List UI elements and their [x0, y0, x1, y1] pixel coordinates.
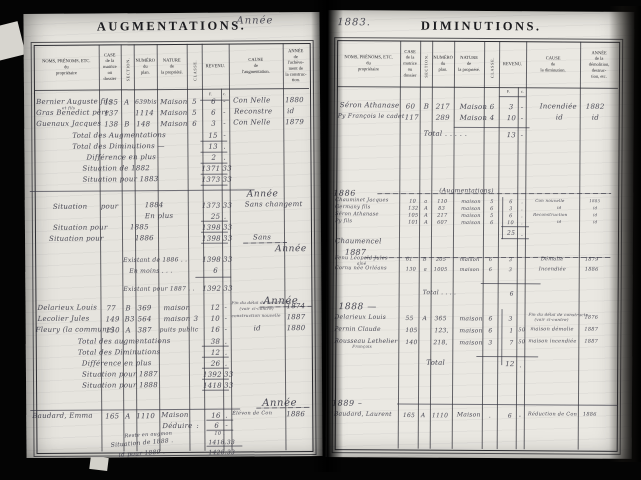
handwritten-entry: Py fils	[335, 218, 352, 224]
handwritten-entry: Différence en plus	[86, 153, 156, 161]
handwritten-entry: 83	[438, 206, 445, 212]
handwritten-entry: Delarieux Louis	[334, 313, 386, 320]
handwritten-entry: Gras Benedict père	[36, 108, 109, 117]
column-header: SECTION.	[424, 54, 429, 78]
handwritten-entry: maison	[461, 206, 481, 212]
column-header: ANNÉE de la démolition, destruc- tion, e…	[580, 42, 618, 88]
handwritten-entry: Sans	[253, 233, 271, 241]
handwritten-entry: Cornu née Orléans	[335, 265, 387, 271]
handwritten-entry: Con Nelle	[233, 118, 271, 126]
hand-drawn-line	[499, 96, 526, 97]
handwritten-entry: 5	[192, 98, 197, 106]
handwritten-entry: 1398	[202, 224, 221, 232]
handwritten-entry: Maison	[460, 103, 487, 111]
column-header: NOMS, PRÉNOMS, ETC. du propriétaire	[337, 40, 400, 86]
handwritten-entry: Élévon de Con	[232, 410, 272, 416]
handwritten-entry: 1884	[145, 201, 164, 209]
handwritten-entry: 55	[405, 315, 413, 322]
handwritten-entry: -	[225, 326, 228, 334]
handwritten-entry: 1886	[583, 412, 597, 418]
handwritten-entry: 3	[488, 339, 492, 346]
handwritten-entry: 33	[223, 176, 232, 184]
handwritten-entry: Con Nelle	[233, 96, 271, 104]
handwritten-entry: 1876	[584, 315, 598, 321]
handwritten-entry: 10 .	[214, 431, 225, 437]
handwritten-entry: Pernin Claude	[334, 325, 380, 332]
hand-drawn-line	[202, 379, 229, 380]
handwritten-entry: id	[557, 219, 561, 224]
handwritten-entry: Reconstre	[234, 107, 272, 115]
handwritten-entry: -	[223, 109, 226, 117]
handwritten-entry: 33	[223, 165, 232, 173]
handwritten-entry: 110	[437, 199, 447, 205]
column-header: ANNÉE de l'achève- ment de la construc- …	[283, 43, 309, 88]
handwritten-entry: 6	[490, 206, 493, 212]
handwritten-entry: B	[424, 103, 429, 111]
handwritten-entry: 289	[436, 114, 450, 122]
handwritten-entry: François	[352, 344, 372, 349]
handwritten-entry: 50	[518, 327, 525, 333]
handwritten-entry: 1392	[202, 285, 221, 293]
handwritten-entry: Germany fils	[335, 204, 370, 210]
handwritten-entry: 6	[490, 103, 495, 111]
handwritten-entry: 6	[214, 422, 219, 430]
handwritten-entry: -	[521, 103, 524, 111]
handwritten-entry: 1889 –	[332, 398, 363, 408]
hand-drawn-line	[202, 390, 229, 391]
handwritten-entry: 1371	[202, 165, 221, 173]
handwritten-entry: Total des augmentations	[78, 337, 171, 346]
handwritten-entry: -	[223, 120, 226, 128]
handwritten-entry: A	[125, 412, 130, 420]
page-corner-fragment	[89, 456, 108, 471]
handwritten-entry: 1886	[585, 267, 599, 273]
handwritten-entry: 6	[211, 109, 216, 117]
handwritten-entry: 165	[105, 412, 119, 420]
handwritten-entry: 101	[408, 220, 418, 226]
handwritten-entry: 26	[211, 360, 220, 368]
hand-drawn-line	[206, 430, 233, 431]
handwritten-entry: Maison	[160, 98, 187, 106]
handwritten-entry: 369	[137, 304, 151, 312]
handwritten-entry: Situation pour	[53, 223, 108, 231]
handwritten-entry: maison	[459, 327, 482, 334]
handwritten-entry: F.	[507, 89, 510, 94]
handwritten-entry: Maison	[161, 411, 188, 419]
handwritten-entry: 7	[509, 339, 513, 346]
handwritten-entry: Séron Athanase	[340, 101, 400, 109]
handwritten-entry: Total des Augmentations	[72, 131, 166, 140]
hand-drawn-line	[201, 174, 228, 175]
handwritten-entry: .	[489, 412, 491, 419]
handwritten-entry: :	[196, 422, 199, 430]
handwritten-entry: 6	[510, 290, 514, 297]
handwritten-entry: 33	[224, 382, 233, 390]
handwritten-entry: 6	[488, 327, 492, 334]
handwritten-entry: 13	[507, 131, 516, 139]
handwritten-entry: A	[424, 220, 428, 226]
page-title-diminutions: DIMINUTIONS.	[328, 18, 634, 35]
handwritten-entry: 1887	[584, 339, 598, 345]
handwritten-entry: Réduction de Con	[528, 411, 577, 417]
handwritten-entry: 1885	[589, 199, 600, 204]
handwritten-entry: .	[225, 412, 228, 420]
handwritten-entry: maison	[461, 213, 481, 219]
page-diminutions: DIMINUTIONS. 1883. NOMS, PRÉNOMS, ETC. d…	[326, 10, 635, 459]
page-augmentations: AUGMENTATIONS. Année NOMS, PRÉNOMS, ETC.…	[23, 12, 322, 458]
handwritten-entry: Maison	[160, 120, 187, 128]
hand-drawn-line	[200, 163, 227, 164]
handwritten-entry: Total des Diminutions —	[72, 142, 164, 151]
handwritten-entry: pour	[101, 202, 119, 210]
handwritten-entry: .	[519, 361, 522, 369]
handwritten-entry: 25	[211, 213, 220, 221]
handwritten-entry: 3	[509, 103, 514, 111]
hand-drawn-line	[201, 221, 228, 222]
handwritten-entry: Maison	[160, 109, 187, 117]
handwritten-entry: 1428.33	[208, 449, 235, 456]
handwritten-entry: 117	[405, 114, 419, 122]
handwritten-entry: 12	[210, 304, 219, 312]
handwritten-entry: 137	[104, 109, 118, 117]
handwritten-entry: maison	[459, 339, 482, 346]
handwritten-entry: 1005	[434, 267, 448, 273]
handwritten-entry: 50	[518, 339, 525, 345]
handwritten-entry: 6	[508, 412, 512, 419]
hand-drawn-line	[200, 141, 227, 142]
column-header: NATURE de la propriété.	[454, 41, 484, 87]
handwritten-entry: Maison	[457, 411, 481, 418]
handwritten-entry: Total des Diminutions	[78, 348, 161, 357]
handwritten-entry: 3	[194, 315, 199, 323]
handwritten-entry: Incendiée	[540, 102, 577, 110]
handwritten-entry: .	[223, 143, 226, 151]
column-header: CASE de la matrice ou dossier	[99, 44, 121, 89]
handwritten-entry: 15	[208, 132, 217, 140]
handwritten-entry: Fin du délai de constructn	[231, 300, 291, 305]
handwritten-entry: Sans changemt	[245, 200, 303, 208]
handwritten-entry: 1398	[202, 235, 221, 243]
handwritten-entry: 33	[223, 202, 232, 210]
hand-drawn-line	[501, 226, 529, 227]
handwritten-entry: id	[593, 213, 597, 218]
handwritten-entry: id	[593, 206, 597, 211]
handwritten-entry: 60	[406, 103, 415, 111]
handwritten-entry: .	[225, 360, 228, 368]
handwritten-entry: maison	[163, 304, 190, 312]
column-header: CLASSE.	[489, 57, 494, 78]
handwritten-annee-annotation: Année	[236, 15, 273, 26]
handwritten-entry: Baudard, Laurent	[334, 410, 392, 417]
handwritten-entry: A	[126, 326, 131, 334]
handwritten-entry: 639bis	[135, 98, 157, 105]
handwritten-entry: 138	[104, 120, 118, 128]
handwritten-entry: 1418	[203, 382, 222, 390]
handwritten-entry: 33	[223, 256, 232, 264]
handwritten-entry: c.	[223, 92, 226, 97]
handwritten-entry: Situation pour 1883	[83, 175, 159, 184]
handwritten-entry: 12	[505, 360, 514, 368]
handwritten-entry: -	[225, 422, 228, 430]
handwritten-entry: Séron Athanase	[335, 211, 379, 217]
handwritten-entry: Incendiée	[539, 266, 566, 272]
handwritten-entry: A	[421, 412, 426, 419]
handwritten-entry: Situation pour	[49, 234, 104, 242]
handwritten-entry: B	[124, 120, 129, 128]
handwritten-entry: .	[225, 349, 228, 357]
handwritten-entry: 33	[223, 285, 232, 293]
handwritten-entry: 1110	[432, 412, 448, 419]
handwritten-entry: (voir ci-contre)	[534, 317, 568, 322]
handwritten-entry: Delarieux Louis	[37, 304, 97, 312]
handwritten-entry: puits public	[160, 326, 199, 333]
handwritten-entry: .	[521, 230, 523, 237]
hand-drawn-line	[201, 243, 228, 244]
column-header: CLASSE.	[192, 60, 197, 81]
handwritten-entry: F.	[209, 92, 212, 97]
handwritten-entry: B3	[125, 315, 135, 323]
handwritten-entry: 16	[211, 326, 220, 334]
column-header: NUMÉRO du plan.	[134, 44, 157, 89]
handwritten-entry: 150	[106, 326, 120, 334]
handwritten-entry: 217	[436, 103, 450, 111]
handwritten-entry: 10	[211, 315, 220, 323]
handwritten-entry: 1886	[286, 410, 305, 418]
handwritten-entry: c.	[521, 89, 524, 94]
handwritten-entry: 5	[490, 199, 493, 205]
handwritten-entry: a	[424, 267, 427, 273]
handwritten-entry: Maison	[460, 114, 487, 122]
handwritten-entry: A	[424, 206, 428, 212]
handwritten-entry: 6	[488, 315, 492, 322]
handwritten-entry: 140	[405, 339, 417, 346]
handwritten-entry: 2	[211, 154, 216, 162]
handwritten-entry: maison	[460, 267, 480, 273]
handwritten-entry: En moins . . .	[129, 267, 172, 274]
handwritten-entry: 33	[223, 235, 232, 243]
handwritten-entry: -	[223, 132, 226, 140]
handwritten-entry: .	[225, 338, 228, 346]
handwritten-entry: 1880	[285, 96, 304, 104]
handwritten-entry: 5	[490, 213, 493, 219]
handwritten-entry: 6	[509, 213, 512, 219]
column-header: CASE de la matrice ou dossier	[400, 41, 420, 87]
handwritten-entry: 105	[408, 213, 418, 219]
handwritten-entry: 1373	[202, 176, 221, 184]
handwritten-entry: 6	[509, 199, 512, 205]
handwritten-entry: .	[521, 220, 523, 226]
handwritten-entry: Situation de 1882	[83, 164, 150, 172]
handwritten-entry: -	[224, 304, 227, 312]
scanned-register-spread: AUGMENTATIONS. Année NOMS, PRÉNOMS, ETC.…	[0, 0, 641, 480]
handwritten-entry: -	[225, 315, 228, 323]
handwritten-entry: 1887	[287, 313, 306, 321]
handwritten-entry: 12	[211, 349, 220, 357]
handwritten-entry: 16	[211, 412, 220, 420]
handwritten-entry: maison	[164, 315, 191, 323]
handwritten-entry: 10	[507, 114, 516, 122]
handwritten-entry: Chaumencel	[335, 237, 382, 245]
handwritten-entry: 3	[508, 315, 512, 322]
handwritten-entry: 105	[405, 327, 417, 334]
handwritten-entry: -	[519, 412, 521, 419]
handwritten-entry: a	[424, 199, 427, 205]
handwritten-entry: Situation pour 1887	[82, 370, 158, 379]
handwritten-entry: maison incendiée	[528, 338, 576, 344]
column-header: SECTION.	[125, 57, 130, 81]
handwritten-entry: 25	[507, 229, 515, 236]
handwritten-entry: maison	[461, 220, 481, 226]
handwritten-entry: 165	[403, 412, 415, 419]
handwritten-entry: 6	[489, 267, 492, 273]
handwritten-entry: Reconstruction	[533, 212, 567, 217]
handwritten-entry: 6	[490, 220, 493, 226]
handwritten-entry: 123,	[434, 327, 448, 334]
column-header: NOMS, PRÉNOMS, ETC. du propriétaire	[34, 45, 99, 90]
handwritten-entry: A	[424, 213, 428, 219]
handwritten-entry: 13	[208, 143, 217, 151]
column-header: REVENU.	[202, 44, 229, 89]
handwritten-entry: Chauminet Jacques	[335, 197, 388, 203]
handwritten-entry: 607	[437, 220, 447, 226]
handwritten-entry: 10	[409, 199, 416, 205]
handwritten-entry: 130	[406, 267, 416, 273]
handwritten-entry: 33	[224, 371, 233, 379]
handwritten-entry: 1880	[287, 324, 306, 332]
handwritten-entry: .	[224, 213, 227, 221]
handwritten-entry: Baudard, Emma	[32, 412, 93, 420]
handwritten-entry: 1879	[285, 118, 304, 126]
handwritten-entry: 4	[490, 114, 495, 122]
handwritten-entry: maison	[459, 315, 482, 322]
handwritten-entry: 217	[437, 213, 447, 219]
column-header: NATURE de la propriété.	[157, 44, 187, 89]
column-header: NUMÉRO du plan.	[432, 41, 454, 87]
handwritten-entry: 564	[138, 315, 152, 323]
hand-drawn-line	[205, 457, 243, 458]
handwritten-entry: 1886	[135, 234, 154, 242]
handwritten-entry: 5	[192, 109, 197, 117]
handwritten-entry: A	[422, 315, 427, 322]
handwritten-entry: 38	[211, 338, 220, 346]
handwritten-entry: 77	[106, 304, 115, 312]
handwritten-entry: Différence en plus	[82, 359, 152, 367]
handwritten-entry: 1888 —	[339, 301, 377, 312]
hand-drawn-line	[200, 100, 229, 101]
hand-drawn-line	[202, 368, 229, 369]
hand-drawn-line	[200, 152, 227, 153]
handwritten-entry: id	[556, 113, 563, 121]
column-header: REVENU.	[499, 41, 526, 87]
handwritten-entry: Guenaux Jacques	[36, 119, 101, 127]
handwritten-year-annotation: 1883.	[337, 17, 371, 28]
handwritten-entry: 1392	[203, 371, 222, 379]
column-header: CAUSE de l'augmentation.	[229, 43, 283, 88]
handwritten-entry: Total . . . . .	[424, 130, 468, 138]
handwritten-entry: 6	[213, 267, 218, 275]
handwritten-entry: 1398	[202, 256, 221, 264]
handwritten-entry: Existant de 1886 . .	[123, 256, 187, 263]
handwritten-entry: id	[287, 107, 294, 115]
handwritten-entry: 135	[104, 98, 118, 106]
handwritten-entry: 149	[106, 315, 120, 323]
handwritten-entry: .	[521, 206, 523, 212]
handwritten-entry: -	[521, 131, 524, 139]
handwritten-entry: .	[223, 154, 226, 162]
handwritten-entry: 1885	[130, 223, 149, 231]
handwritten-entry: 148	[136, 120, 150, 128]
handwritten-entry: Existant pour 1887 . .	[123, 285, 194, 292]
handwritten-entry: id	[592, 114, 599, 122]
handwritten-entry: Situation pour 1888	[82, 381, 158, 390]
handwritten-entry: 1110	[136, 412, 155, 420]
handwritten-entry: Con nouvelle	[535, 198, 564, 203]
handwritten-entry: Lecolier Jules	[38, 315, 90, 323]
handwritten-entry: 10	[507, 220, 514, 226]
handwritten-entry: B	[125, 304, 130, 312]
handwritten-entry: 1373	[202, 202, 221, 210]
handwritten-entry: 6	[192, 120, 197, 128]
handwritten-entry: Fleury (la commune)	[36, 325, 115, 334]
handwritten-entry: maison	[461, 199, 481, 205]
handwritten-entry: 1	[509, 327, 513, 334]
column-header: CAUSE de la diminution.	[526, 41, 580, 87]
hand-drawn-line	[501, 238, 529, 239]
page-title-augmentations: AUGMENTATIONS.	[23, 18, 319, 35]
handwritten-entry: id	[593, 220, 597, 225]
handwritten-entry: id	[557, 205, 561, 210]
handwritten-entry: 365	[434, 315, 446, 322]
handwritten-entry: id	[254, 324, 261, 332]
handwritten-entry: Total	[426, 359, 445, 367]
handwritten-entry: 1114	[135, 109, 154, 117]
underlying-page-edge	[0, 21, 26, 61]
handwritten-entry: A	[124, 98, 129, 106]
hand-drawn-line	[206, 420, 233, 421]
hand-drawn-line	[201, 185, 228, 186]
handwritten-entry: 387	[138, 326, 152, 334]
handwritten-entry: Déduire	[162, 422, 192, 430]
handwritten-entry: Situation	[53, 203, 88, 211]
handwritten-entry: 3	[509, 267, 512, 273]
hand-drawn-line	[202, 346, 229, 347]
handwritten-entry: 132	[408, 206, 418, 212]
handwritten-entry: maison démolie	[530, 326, 573, 332]
handwritten-entry: 1887	[584, 327, 598, 333]
handwritten-entry: Py François le cadet	[338, 112, 405, 119]
handwritten-entry: 33	[223, 224, 232, 232]
handwritten-entry: Année	[275, 243, 307, 254]
handwritten-entry: .	[521, 213, 523, 219]
handwritten-entry: 1882	[586, 103, 605, 111]
handwritten-entry: Total . . . .	[423, 289, 457, 296]
handwritten-entry: 218,	[433, 339, 447, 346]
handwritten-entry: 3	[509, 206, 512, 212]
handwritten-entry: En plus	[145, 212, 173, 220]
hand-drawn-line	[202, 357, 229, 358]
handwritten-entry: Bernier Auguste fils	[36, 97, 112, 106]
handwritten-entry: 3	[211, 120, 216, 128]
handwritten-entry: construction nouvelle	[232, 313, 281, 318]
handwritten-entry: -	[521, 114, 524, 122]
handwritten-entry: .	[521, 199, 523, 205]
hand-drawn-line	[201, 232, 228, 233]
